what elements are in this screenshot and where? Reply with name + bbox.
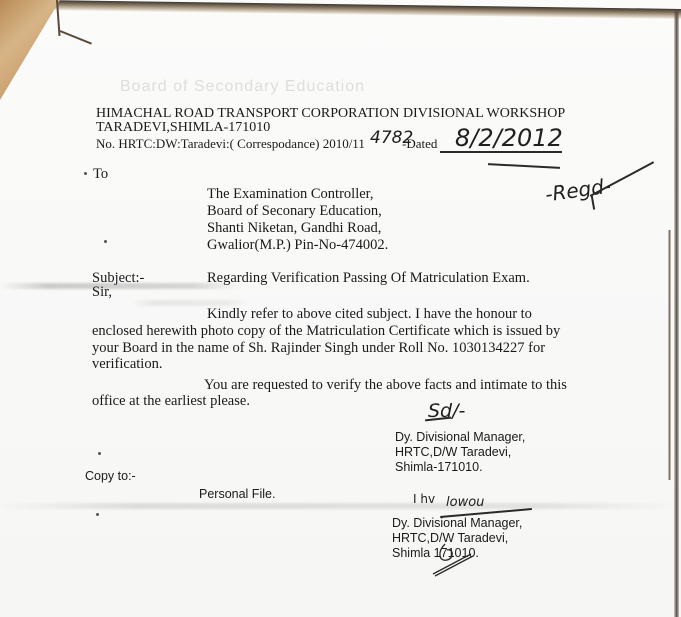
body-paragraph-1-first-line: Kindly refer to above cited subject. I h… — [207, 306, 532, 322]
to-label: To — [93, 166, 108, 182]
body-paragraph-1-line: your Board in the name of Sh. Rajinder S… — [92, 340, 545, 356]
scan-top-edge — [40, 0, 681, 19]
body-paragraph-2-line: office at the earliest please. — [92, 393, 250, 409]
recipient-line: The Examination Controller, — [207, 186, 374, 202]
recipient-line: Board of Seconary Education, — [207, 203, 382, 219]
subject-text: Regarding Verification Passing Of Matric… — [207, 270, 530, 286]
body-paragraph-2-first-line: You are requested to verify the above fa… — [204, 377, 567, 393]
scan-right-shadow — [668, 230, 671, 480]
copy-to-label: Copy to:- — [85, 468, 136, 484]
scan-speck — [104, 240, 107, 243]
scanned-letter-page: Board of Secondary Education HIMACHAL RO… — [0, 0, 681, 617]
handwritten-name: lowou — [446, 495, 484, 510]
scan-speck — [84, 172, 87, 175]
scan-smudge — [0, 503, 681, 509]
recipient-line: Shanti Niketan, Gandhi Road, — [207, 220, 381, 236]
corner-crease-2 — [60, 30, 92, 45]
scan-speck — [98, 452, 101, 455]
reference-number-prefix: No. HRTC:DW:Taradevi:( Correspodance) 20… — [96, 136, 365, 152]
greeting: Sir, — [92, 284, 112, 300]
body-paragraph-1-line: verification. — [92, 356, 162, 372]
signatory-title: Dy. Divisional Manager, — [392, 516, 522, 530]
bleed-through-text: Board of Secondary Education — [120, 78, 365, 96]
date-label: -Dated — [402, 136, 437, 152]
body-paragraph-1-line: enclosed herewith photo copy of the Matr… — [92, 323, 560, 339]
date-underline — [440, 151, 562, 153]
date-handwritten: 8/2/2012 — [455, 124, 563, 152]
recipient-line: Gwalior(M.P.) Pin-No-474002. — [207, 237, 388, 253]
signatory-title: Dy. Divisional Manager, — [395, 430, 525, 444]
signatory-office: HRTC,D/W Taradevi, — [395, 445, 511, 459]
folded-corner — [0, 0, 60, 100]
copy-to-item: Personal File. — [199, 486, 275, 502]
handwritten-note: I hv — [413, 492, 435, 506]
scan-speck — [96, 513, 99, 516]
scan-right-edge — [674, 10, 679, 617]
signature-flourish — [425, 540, 480, 580]
signatory-city: Shimla-171010. — [395, 460, 483, 474]
organization-address: TARADEVI,SHIMLA-171010 — [96, 120, 270, 136]
pen-stroke — [488, 163, 560, 168]
